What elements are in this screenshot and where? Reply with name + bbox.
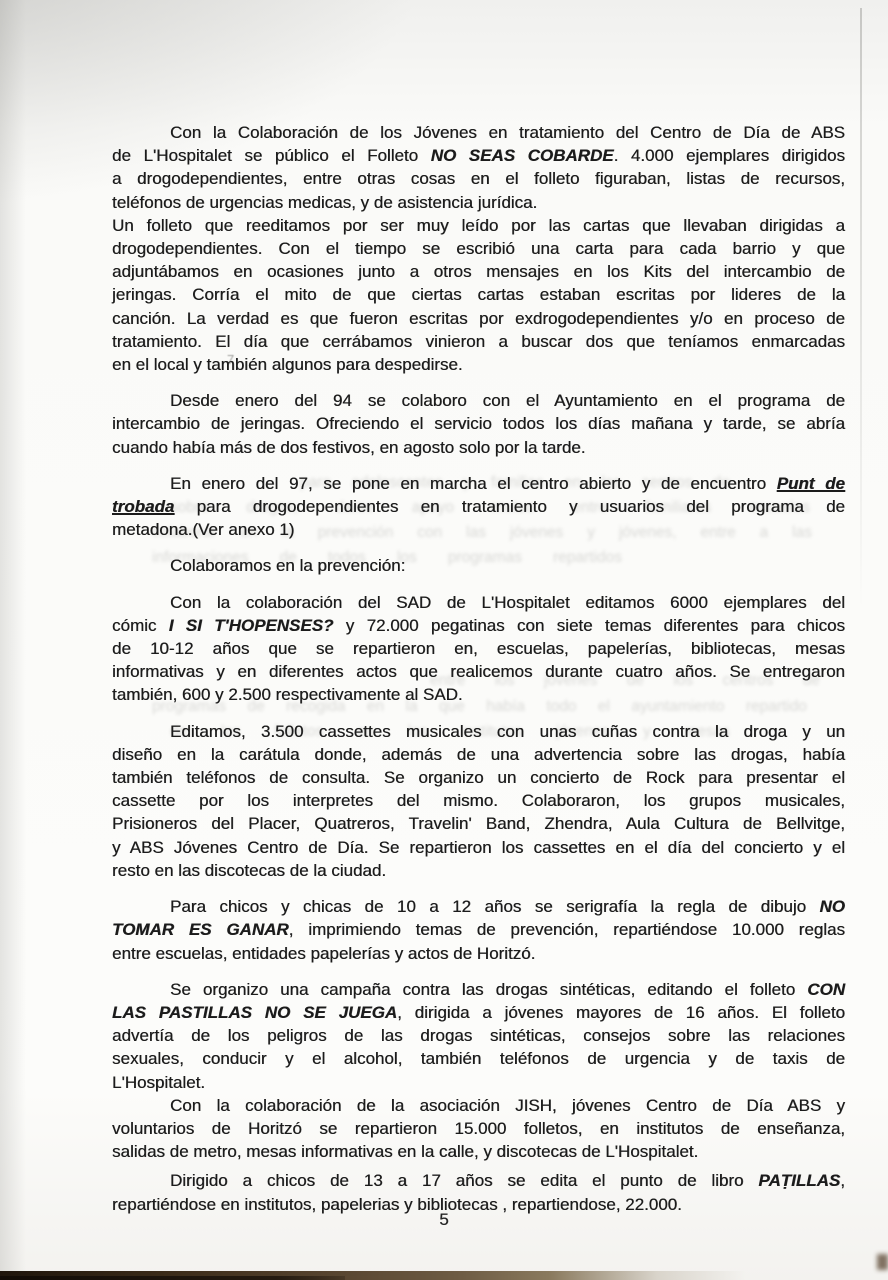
text-line: a drogodependientes, entre otras cosas e…	[112, 167, 845, 190]
text-line: L'Hospitalet.	[112, 1071, 845, 1094]
text-line: Para chicos y chicas de 10 a 12 años se …	[112, 895, 845, 918]
text-run: de 10-12 años que se repartieron en, esc…	[112, 639, 845, 658]
text-run: Para chicos y chicas de 10 a 12 años se …	[170, 897, 820, 916]
text-run: teléfonos de urgencias medicas, y de asi…	[112, 193, 537, 212]
text-line: canción. La verdad es que fueron escrita…	[112, 307, 845, 330]
text-line: cuando había más de dos festivos, en ago…	[112, 436, 845, 459]
text-run: también teléfonos de consulta. Se organi…	[112, 768, 845, 787]
paragraph: Con la colaboración del SAD de L'Hospita…	[112, 591, 845, 707]
text-run: Prisioneros del Placer, Quatreros, Trave…	[112, 814, 845, 833]
emphasized-text-run: NO	[820, 897, 846, 916]
emphasized-text-run: NO SEAS COBARDE	[431, 146, 614, 165]
text-run: , dirigida a jóvenes mayores de 16 años.…	[397, 1003, 845, 1022]
text-line: diseño en la carátula donde, además de u…	[112, 743, 845, 766]
text-run: Un folleto que reeditamos por ser muy le…	[112, 216, 845, 235]
scan-fold-line	[860, 8, 862, 608]
text-line: LAS PASTILLAS NO SE JUEGA, dirigida a jó…	[112, 1001, 845, 1024]
emphasized-text-run: Punt de	[777, 474, 845, 493]
text-line: teléfonos de urgencias medicas, y de asi…	[112, 191, 845, 214]
text-run: En enero del 97, se pone en marcha el ce…	[170, 474, 777, 493]
paragraph: Colaboramos en la prevención:	[112, 554, 845, 577]
text-line: Se organizo una campaña contra las droga…	[112, 978, 845, 1001]
text-run: ,	[840, 1171, 845, 1190]
text-run: metadona.(Ver anexo 1)	[112, 520, 294, 539]
paragraph: En enero del 97, se pone en marcha el ce…	[112, 472, 845, 542]
text-run: Con la Colaboración de los Jóvenes en tr…	[170, 123, 845, 142]
text-line: de 10-12 años que se repartieron en, esc…	[112, 637, 845, 660]
paragraph: Dirigido a chicos de 13 a 17 años se edi…	[112, 1169, 845, 1215]
text-line: Un folleto que reeditamos por ser muy le…	[112, 214, 845, 237]
text-line: Prisioneros del Placer, Quatreros, Trave…	[112, 812, 845, 835]
text-run: informativas y en diferentes actos que r…	[112, 662, 845, 681]
text-run: en el local y también algunos para despe…	[112, 355, 463, 374]
text-run: Editamos, 3.500 cassettes musicales con …	[170, 722, 845, 741]
page-number: 5	[0, 1210, 888, 1230]
text-line: advertía de los peligros de las drogas s…	[112, 1024, 845, 1047]
text-line: también, 600 y 2.500 respectivamente al …	[112, 683, 845, 706]
text-run: para drogodependientes en tratamiento y …	[174, 497, 845, 516]
emphasized-text-run: I SI T'HOPENSES?	[169, 616, 334, 635]
text-run: a drogodependientes, entre otras cosas e…	[112, 169, 845, 188]
text-run: sexuales, conducir y el alcohol, también…	[112, 1049, 845, 1068]
text-run: cómic	[112, 616, 169, 635]
text-run: Con la colaboración de la asociación JIS…	[170, 1096, 845, 1115]
text-run: L'Hospitalet.	[112, 1073, 205, 1092]
emphasized-text-run: CON	[807, 980, 845, 999]
text-line: sexuales, conducir y el alcohol, también…	[112, 1047, 845, 1070]
text-line: metadona.(Ver anexo 1)	[112, 518, 845, 541]
text-run: y ABS Jóvenes Centro de Día. Se repartie…	[112, 838, 845, 857]
text-run: tratamiento. El día que cerrábamos vinie…	[112, 332, 845, 351]
stray-scan-mark: 7	[227, 352, 234, 367]
text-run: Dirigido a chicos de 13 a 17 años se edi…	[170, 1171, 758, 1190]
emphasized-text-run: PAṬILLAS	[758, 1171, 840, 1190]
text-line: Con la Colaboración de los Jóvenes en tr…	[112, 121, 845, 144]
text-run: también, 600 y 2.500 respectivamente al …	[112, 685, 463, 704]
text-line: TOMAR ES GANAR, imprimiendo temas de pre…	[112, 918, 845, 941]
text-line: cassette por los interpretes del mismo. …	[112, 789, 845, 812]
text-run: Con la colaboración del SAD de L'Hospita…	[170, 593, 845, 612]
paragraph: Con la Colaboración de los Jóvenes en tr…	[112, 121, 845, 214]
scanned-document-page: para adolescentes y familias en los cent…	[0, 0, 888, 1280]
paragraph: Un folleto que reeditamos por ser muy le…	[112, 214, 845, 376]
text-line: adjuntábamos en ocasiones junto a otros …	[112, 260, 845, 283]
text-run: Desde enero del 94 se colaboro con el Ay…	[170, 391, 845, 410]
scan-edge-strip-dark	[0, 1276, 345, 1280]
paragraph: Se organizo una campaña contra las droga…	[112, 978, 845, 1094]
text-run: adjuntábamos en ocasiones junto a otros …	[112, 262, 845, 281]
text-run: , imprimiendo temas de prevención, repar…	[289, 920, 845, 939]
text-line: Dirigido a chicos de 13 a 17 años se edi…	[112, 1169, 845, 1192]
text-run: voluntarios de Horitzó se repartieron 15…	[112, 1119, 845, 1138]
text-line: también teléfonos de consulta. Se organi…	[112, 766, 845, 789]
text-run: resto en las discotecas de la ciudad.	[112, 861, 386, 880]
emphasized-text-run: TOMAR ES GANAR	[112, 920, 289, 939]
text-run: drogodependientes. Con el tiempo se escr…	[112, 239, 845, 258]
text-run: advertía de los peligros de las drogas s…	[112, 1026, 845, 1045]
text-line: Colaboramos en la prevención:	[112, 554, 845, 577]
paragraph: Editamos, 3.500 cassettes musicales con …	[112, 720, 845, 882]
text-line: Con la colaboración del SAD de L'Hospita…	[112, 591, 845, 614]
text-line: Con la colaboración de la asociación JIS…	[112, 1094, 845, 1117]
paragraph: Con la colaboración de la asociación JIS…	[112, 1094, 845, 1164]
text-line: drogodependientes. Con el tiempo se escr…	[112, 237, 845, 260]
text-run: entre escuelas, entidades papelerías y a…	[112, 944, 535, 963]
text-line: trobada para drogodependientes en tratam…	[112, 495, 845, 518]
text-run: salidas de metro, mesas informativas en …	[112, 1142, 698, 1161]
text-line: de L'Hospitalet se público el Folleto NO…	[112, 144, 845, 167]
text-line: jeringas. Corría el mito de que ciertas …	[112, 283, 845, 306]
scan-corner-blob	[877, 1254, 888, 1270]
text-run: y 72.000 pegatinas con siete temas difer…	[333, 616, 845, 635]
text-run: . 4.000 ejemplares dirigidos	[614, 146, 845, 165]
text-run: Se organizo una campaña contra las droga…	[170, 980, 807, 999]
text-line: Editamos, 3.500 cassettes musicales con …	[112, 720, 845, 743]
text-run: jeringas. Corría el mito de que ciertas …	[112, 285, 845, 304]
emphasized-text-run: LAS PASTILLAS NO SE JUEGA	[112, 1003, 397, 1022]
paragraph: Para chicos y chicas de 10 a 12 años se …	[112, 895, 845, 965]
text-line: entre escuelas, entidades papelerías y a…	[112, 942, 845, 965]
text-line: tratamiento. El día que cerrábamos vinie…	[112, 330, 845, 353]
text-run: intercambio de jeringas. Ofreciendo el s…	[112, 414, 845, 433]
text-line: informativas y en diferentes actos que r…	[112, 660, 845, 683]
text-line: cómic I SI T'HOPENSES? y 72.000 pegatina…	[112, 614, 845, 637]
text-run: canción. La verdad es que fueron escrita…	[112, 309, 845, 328]
text-line: resto en las discotecas de la ciudad.	[112, 859, 845, 882]
emphasized-text-run: trobada	[112, 497, 174, 516]
text-line: y ABS Jóvenes Centro de Día. Se repartie…	[112, 836, 845, 859]
text-run: de L'Hospitalet se público el Folleto	[112, 146, 431, 165]
text-line: Desde enero del 94 se colaboro con el Ay…	[112, 389, 845, 412]
text-run: diseño en la carátula donde, además de u…	[112, 745, 845, 764]
text-line: intercambio de jeringas. Ofreciendo el s…	[112, 412, 845, 435]
text-run: Colaboramos en la prevención:	[170, 556, 405, 575]
document-text: Con la Colaboración de los Jóvenes en tr…	[112, 121, 845, 1216]
text-line: salidas de metro, mesas informativas en …	[112, 1140, 845, 1163]
text-run: cuando había más de dos festivos, en ago…	[112, 438, 585, 457]
text-line: voluntarios de Horitzó se repartieron 15…	[112, 1117, 845, 1140]
text-line: en el local y también algunos para despe…	[112, 353, 845, 376]
text-run: cassette por los interpretes del mismo. …	[112, 791, 845, 810]
paragraph: Desde enero del 94 se colaboro con el Ay…	[112, 389, 845, 459]
text-line: En enero del 97, se pone en marcha el ce…	[112, 472, 845, 495]
